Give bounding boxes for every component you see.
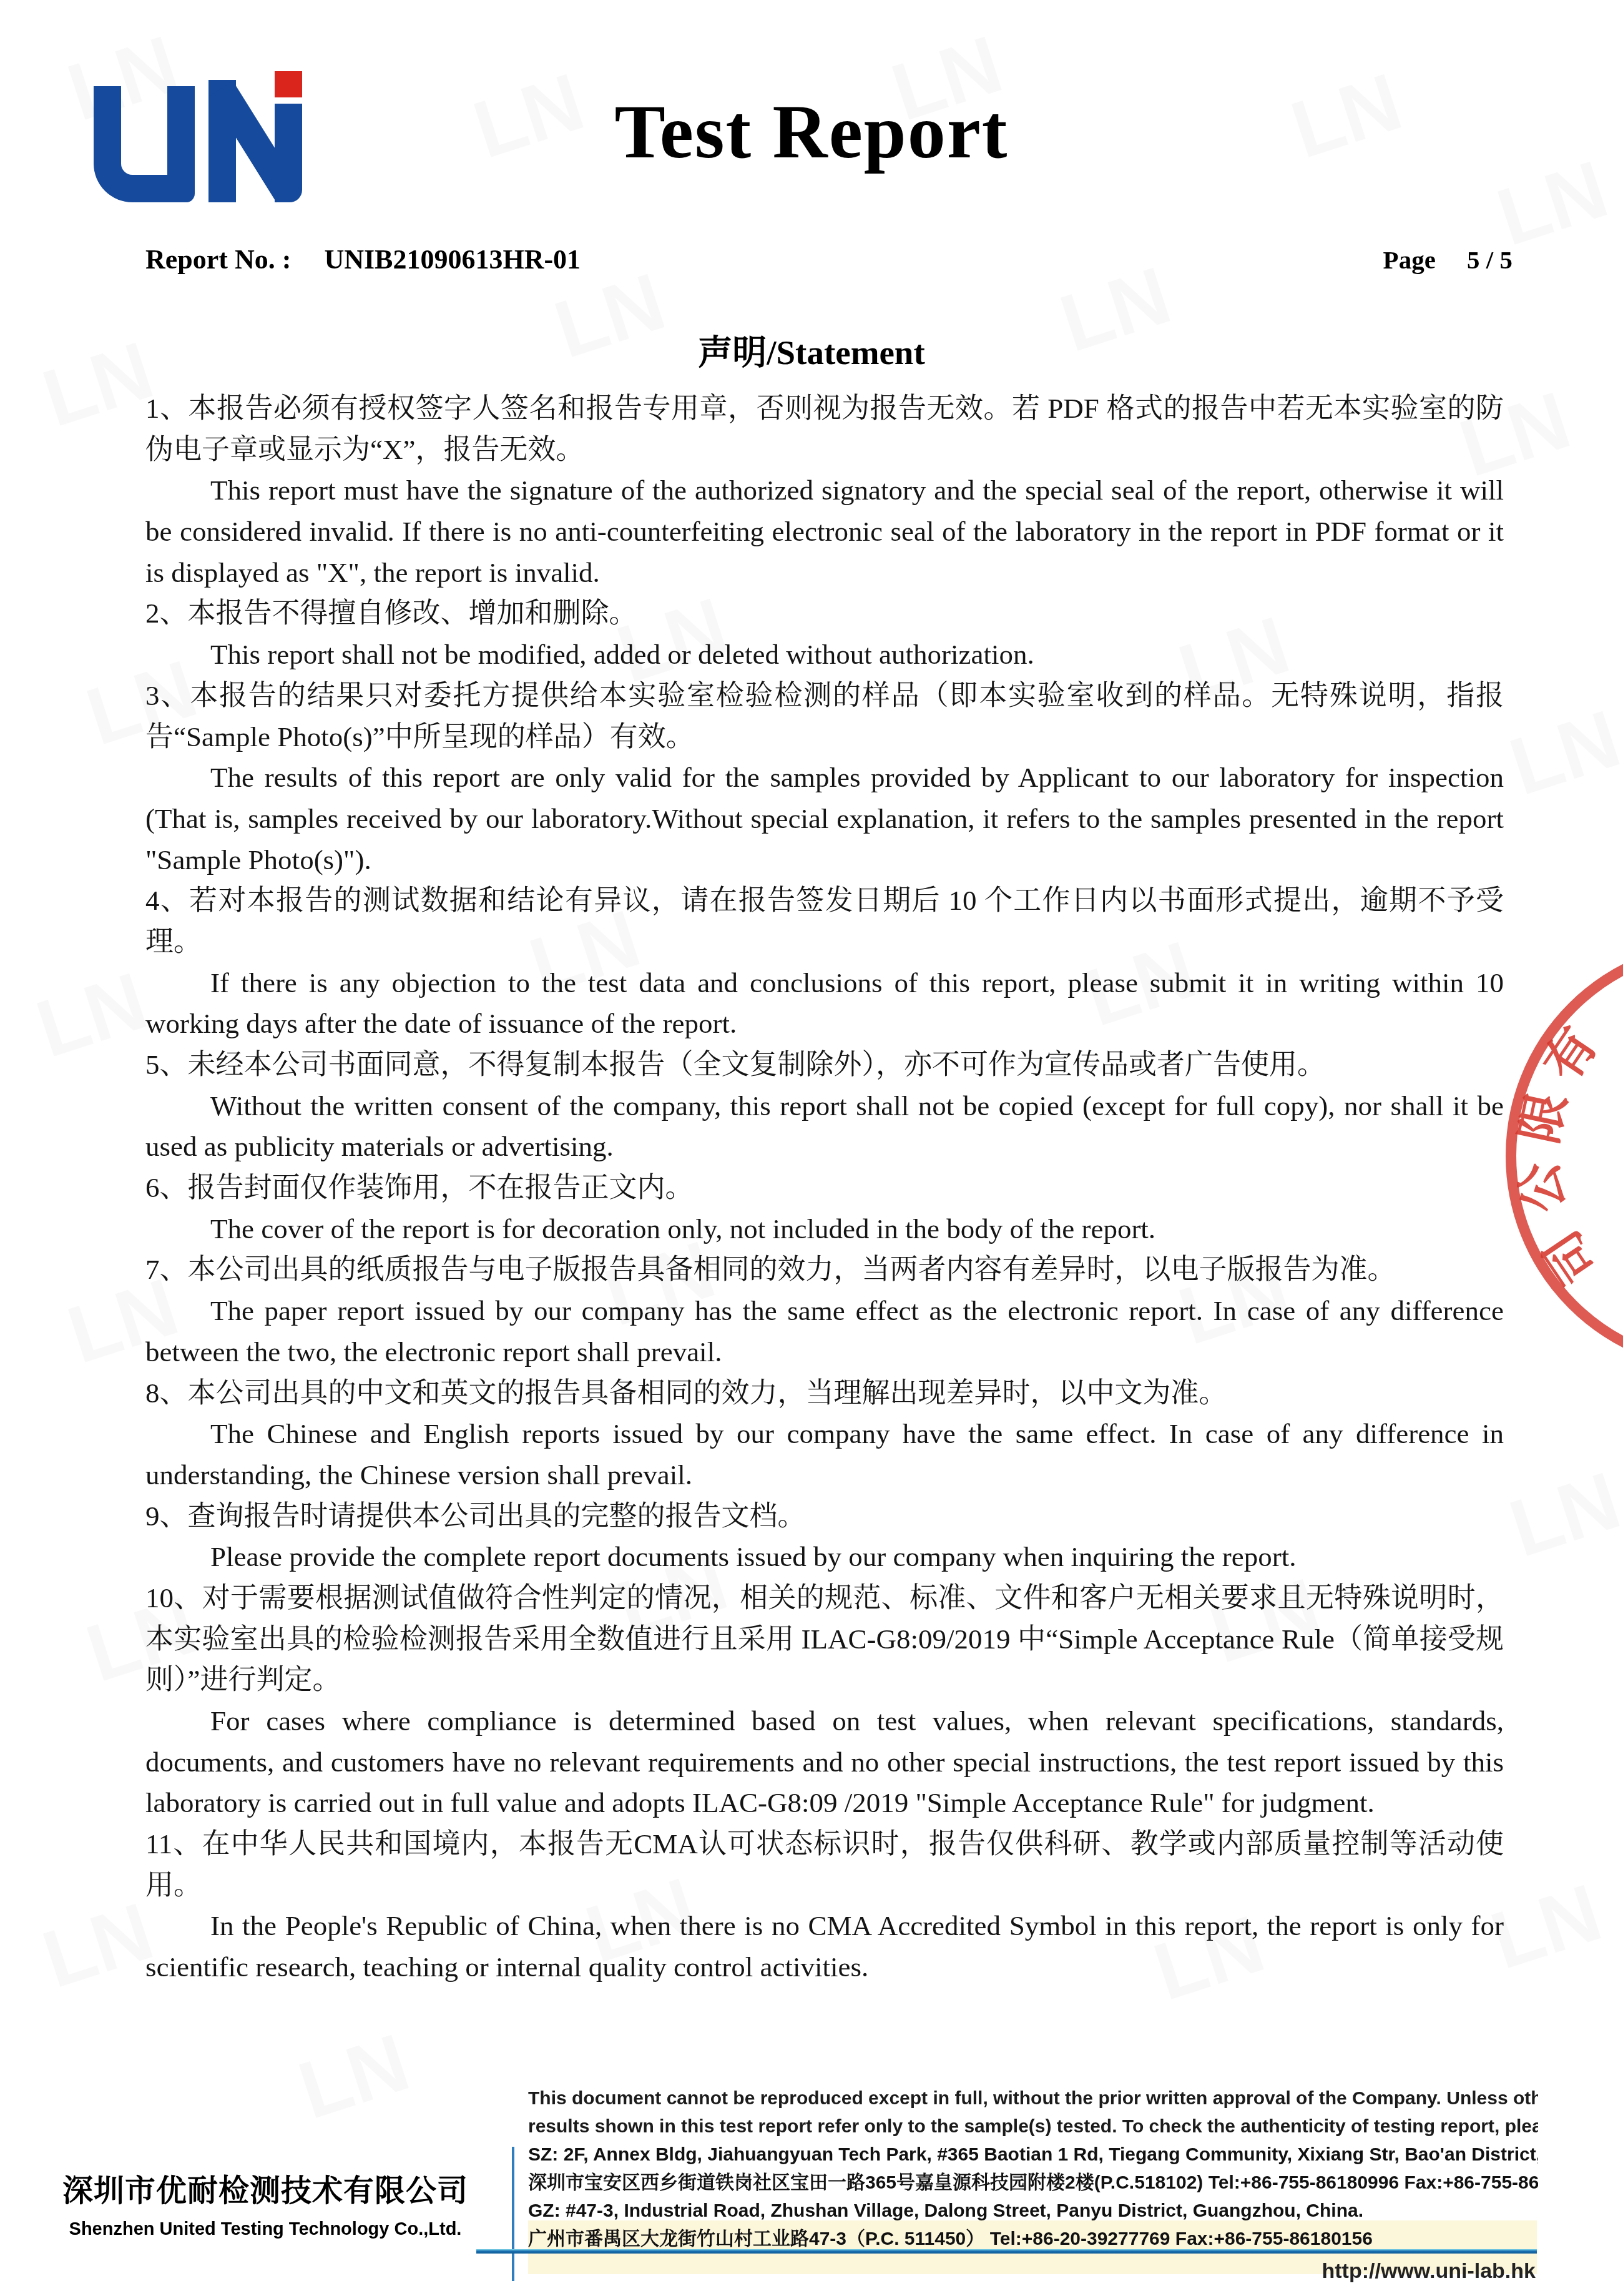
statement-item-4-cn: 4、若对本报告的测试数据和结论有异议，请在报告签发日期后 10 个工作日内以书面… — [145, 880, 1504, 962]
footer-notice-line1: This document cannot be reproduced excep… — [528, 2084, 1538, 2112]
statement-item-3-cn: 3、本报告的结果只对委托方提供给本实验室检验检测的样品（即本实验室收到的样品。无… — [145, 676, 1504, 757]
statement-item-1-cn: 1、本报告必须有授权签字人签名和报告专用章，否则视为报告无效。若 PDF 格式的… — [145, 388, 1504, 470]
footer-vertical-divider — [512, 2147, 514, 2281]
footer-address-sz-en: SZ: 2F, Annex Bldg, Jiahuangyuan Tech Pa… — [528, 2141, 1538, 2169]
statement-item-9-en: Please provide the complete report docum… — [145, 1537, 1504, 1578]
statement-item-6-cn: 6、报告封面仅作装饰用，不在报告正文内。 — [145, 1168, 1504, 1209]
page-value: 5 / 5 — [1467, 245, 1513, 274]
statement-item-2-cn: 2、本报告不得擅自修改、增加和删除。 — [145, 593, 1504, 634]
website-url: http://www.uni-lab.hk — [1322, 2259, 1536, 2284]
statement-item-10-cn: 10、对于需要根据测试值做符合性判定的情况，相关的规范、标准、文件和客户无相关要… — [145, 1578, 1504, 1701]
statement-heading: 声明/Statement — [0, 325, 1623, 374]
company-stamp-circle — [1506, 940, 1623, 1371]
statement-list: 1、本报告必须有授权签字人签名和报告专用章，否则视为报告无效。若 PDF 格式的… — [145, 388, 1504, 1988]
footer-address-block: This document cannot be reproduced excep… — [528, 2084, 1538, 2253]
statement-item-8-en: The Chinese and English reports issued b… — [145, 1414, 1504, 1495]
statement-item-6-en: The cover of the report is for decoratio… — [145, 1209, 1504, 1250]
statement-item-3-en: The results of this report are only vali… — [145, 757, 1504, 880]
background-watermark: LN — [1499, 691, 1623, 814]
statement-item-5-cn: 5、未经本公司书面同意，不得复制本报告（全文复制除外），亦不可作为宣传品或者广告… — [145, 1045, 1504, 1086]
report-page: LNLNLNLNLNLNLNLNLNLNLNLNLNLNLNLNLNLNLNLN… — [0, 0, 1623, 2296]
statement-item-5-en: Without the written consent of the compa… — [145, 1086, 1504, 1168]
report-no-value: UNIB21090613HR-01 — [324, 244, 581, 275]
statement-item-10-en: For cases where compliance is determined… — [145, 1701, 1504, 1824]
company-name-cn: 深圳市优耐检测技术有限公司 — [50, 2167, 481, 2210]
background-watermark: LN — [32, 1884, 164, 2006]
footer-address-gz-en: GZ: #47-3, Industrial Road, Zhushan Vill… — [528, 2197, 1538, 2225]
report-header-row: Report No. : UNIB21090613HR-01 Page 5 / … — [145, 244, 1513, 275]
footer-notice-line2: results shown in this test report refer … — [528, 2112, 1538, 2141]
background-watermark: LN — [1499, 1453, 1623, 1575]
statement-item-7-en: The paper report issued by our company h… — [145, 1291, 1504, 1372]
background-watermark: LN — [26, 953, 157, 1076]
company-block: 深圳市优耐检测技术有限公司 Shenzhen United Testing Te… — [50, 2167, 481, 2240]
report-no-label: Report No. : — [145, 244, 291, 275]
statement-item-7-cn: 7、本公司出具的纸质报告与电子版报告具备相同的效力，当两者内容有差异时，以电子版… — [145, 1249, 1504, 1291]
page-label: Page — [1383, 245, 1436, 274]
statement-item-1-en: This report must have the signature of t… — [145, 470, 1504, 593]
statement-item-11-cn: 11、在中华人民共和国境内，本报告无CMA认可状态标识时，报告仅供科研、教学或内… — [145, 1824, 1504, 1906]
page-title: Test Report — [0, 89, 1623, 176]
statement-item-9-cn: 9、查询报告时请提供本公司出具的完整的报告文档。 — [145, 1496, 1504, 1537]
page-indicator: Page 5 / 5 — [1383, 245, 1513, 275]
footer-horizontal-rule — [476, 2249, 1537, 2254]
statement-item-8-cn: 8、本公司出具的中文和英文的报告具备相同的效力，当理解出现差异时，以中文为准。 — [145, 1373, 1504, 1414]
footer-address-sz-cn: 深圳市宝安区西乡街道铁岗社区宝田一路365号嘉皇源科技园附楼2楼(P.C.518… — [528, 2169, 1538, 2197]
company-name-en: Shenzhen United Testing Technology Co.,L… — [50, 2219, 481, 2240]
statement-item-4-en: If there is any objection to the test da… — [145, 963, 1504, 1045]
footer: 深圳市优耐检测技术有限公司 Shenzhen United Testing Te… — [0, 2079, 1623, 2296]
statement-item-11-en: In the People's Republic of China, when … — [145, 1906, 1504, 1988]
statement-item-2-en: This report shall not be modified, added… — [145, 634, 1504, 676]
